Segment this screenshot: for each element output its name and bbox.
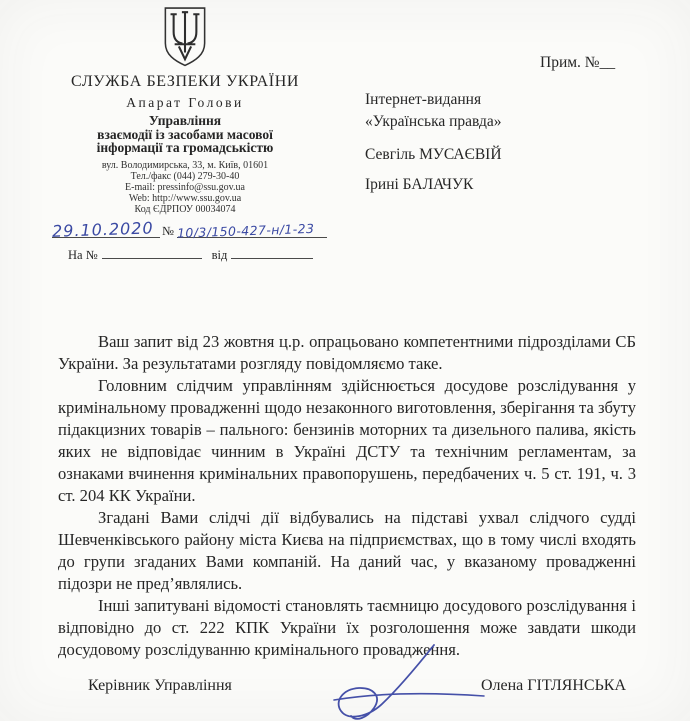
number-sign: №	[160, 224, 177, 238]
date-blank-line: 29.10.2020	[52, 220, 160, 238]
body-paragraph: Ваш запит від 23 жовтня ц.р. опрацьовано…	[58, 331, 636, 375]
department-name: Управління взаємодії із засобами масової…	[28, 114, 342, 155]
addressee-person: Севгіль МУСАЄВІЙ	[365, 146, 675, 164]
letter-body: Ваш запит від 23 жовтня ц.р. опрацьовано…	[58, 331, 636, 661]
email-line: E-mail: pressinfo@ssu.gov.ua	[28, 182, 342, 193]
reply-reference-line: На №від	[28, 248, 342, 263]
addressee-line: Інтернет-видання	[365, 89, 675, 111]
handwritten-number: 10/3/150-427-н/1-23	[177, 220, 327, 240]
address-line: вул. Володимирська, 33, м. Київ, 01601	[28, 160, 342, 171]
org-name: СЛУЖБА БЕЗПЕКИ УКРАЇНИ	[28, 73, 342, 91]
edrpou-line: Код ЄДРПОУ 00034074	[28, 204, 342, 215]
web-line: Web: http://www.ssu.gov.ua	[28, 193, 342, 204]
letterhead: СЛУЖБА БЕЗПЕКИ УКРАЇНИ Апарат Голови Упр…	[28, 6, 342, 263]
reply-prefix-label: На №	[68, 248, 102, 262]
sub-org-name: Апарат Голови	[28, 95, 342, 111]
signer-position-title: Керівник Управління	[88, 677, 232, 695]
reply-number-blank	[102, 258, 202, 259]
scanned-letter-page: СЛУЖБА БЕЗПЕКИ УКРАЇНИ Апарат Голови Упр…	[0, 0, 690, 721]
handwritten-date: 29.10.2020	[52, 218, 161, 241]
phone-line: Тел./факс (044) 279-30-40	[28, 171, 342, 182]
reply-from-label: від	[202, 248, 232, 262]
addressee-organization: Інтернет-видання «Українська правда»	[365, 89, 675, 133]
handwritten-signature	[306, 643, 506, 721]
contact-block: вул. Володимирська, 33, м. Київ, 01601 Т…	[28, 160, 342, 215]
emblem-wrap	[28, 6, 342, 68]
number-blank-line: 10/3/150-427-н/1-23	[177, 223, 327, 238]
body-paragraph: Згадані Вами слідчі дії відбувались на п…	[58, 507, 636, 595]
recipient-block: Прим. №__ Інтернет-видання «Українська п…	[365, 54, 675, 194]
signer-name: Олена ГІТЛЯНСЬКА	[481, 677, 626, 695]
reference-line: 29.10.2020№10/3/150-427-н/1-23	[28, 220, 342, 239]
reply-date-blank	[231, 258, 313, 259]
signature-block: Керівник Управління Олена ГІТЛЯНСЬКА	[58, 643, 636, 721]
department-line: взаємодії із засобами масової	[28, 128, 342, 142]
body-paragraph: Головним слідчим управлінням здійснюєтьс…	[58, 375, 636, 507]
copy-number-label: Прим. №__	[365, 54, 675, 72]
ukraine-trident-emblem-icon	[160, 6, 210, 68]
addressee-person: Ірині БАЛАЧУК	[365, 176, 675, 194]
addressee-line: «Українська правда»	[365, 111, 675, 133]
department-line: інформації та громадськістю	[28, 141, 342, 155]
department-line: Управління	[28, 114, 342, 128]
